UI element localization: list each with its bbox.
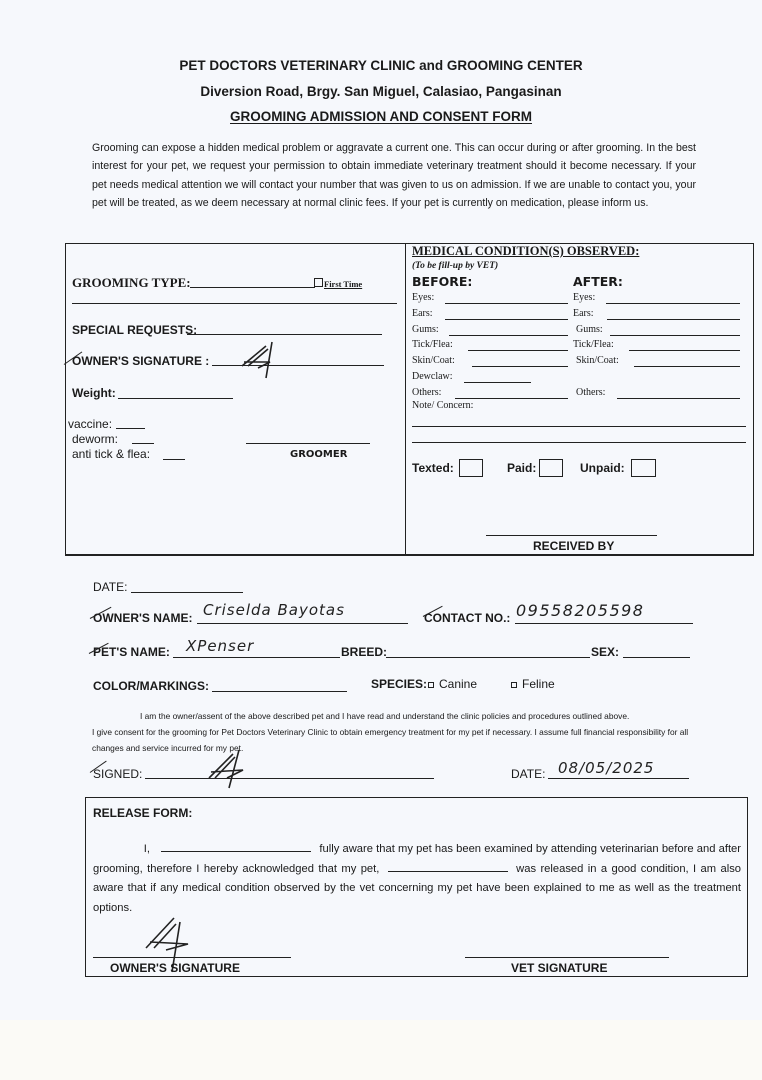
before-field-label: Tick/Flea: (412, 339, 453, 350)
first-time-checkbox[interactable] (314, 278, 323, 287)
texted-label: Texted: (412, 461, 454, 475)
medical-subtitle: (To be fill-up by VET) (412, 261, 498, 271)
sex-field[interactable] (623, 657, 690, 658)
after-field-label: Gums: (576, 324, 603, 335)
received-by-label: RECEIVED BY (533, 539, 614, 553)
pet-name-field[interactable] (173, 657, 340, 658)
vaccine-label: vaccine: (68, 417, 112, 431)
before-field-input[interactable] (468, 350, 568, 351)
unpaid-label: Unpaid: (580, 461, 625, 475)
owner-signature-scribble (240, 340, 285, 385)
release-i: I, (93, 840, 150, 860)
after-field-input[interactable] (629, 350, 740, 351)
before-field-input[interactable] (445, 303, 568, 304)
weight-label: Weight: (72, 386, 116, 400)
note-concern-label: Note/ Concern: (412, 400, 473, 411)
date-label: DATE: (93, 580, 127, 594)
before-field-label: Dewclaw: (412, 371, 453, 382)
unpaid-checkbox[interactable] (631, 459, 656, 477)
texted-checkbox[interactable] (459, 459, 483, 477)
after-field-label: Ears: (573, 308, 594, 319)
owner-name-field[interactable] (197, 623, 408, 624)
consent-date-field[interactable] (548, 778, 689, 779)
clinic-name: PET DOCTORS VETERINARY CLINIC and GROOMI… (0, 58, 762, 73)
breed-field[interactable] (386, 657, 590, 658)
groomer-signature-field[interactable] (246, 443, 370, 444)
before-field-input[interactable] (472, 366, 568, 367)
release-owner-name-field[interactable] (161, 840, 311, 852)
vaccine-field[interactable] (116, 428, 145, 429)
anti-tick-flea-label: anti tick & flea: (72, 447, 150, 461)
after-heading: AFTER: (573, 274, 623, 289)
consent-rest: I give consent for the grooming for Pet … (92, 724, 700, 756)
paper-bottom-edge (0, 1020, 762, 1080)
paid-label: Paid: (507, 461, 536, 475)
grooming-type-extra-line[interactable] (72, 303, 397, 304)
color-markings-field[interactable] (212, 691, 347, 692)
note-line-1[interactable] (412, 426, 746, 427)
received-by-field[interactable] (486, 535, 657, 536)
after-field-label: Others: (576, 387, 605, 398)
deworm-field[interactable] (132, 443, 154, 444)
before-heading: BEFORE: (412, 274, 472, 289)
medical-title: MEDICAL CONDITION(S) OBSERVED: (412, 244, 639, 259)
special-requests-label: SPECIAL REQUESTS: (72, 323, 197, 337)
release-form-title: RELEASE FORM: (93, 806, 192, 820)
note-line-2[interactable] (412, 442, 746, 443)
before-field-input[interactable] (464, 382, 531, 383)
consent-date-value: 08/05/2025 (558, 759, 654, 777)
special-requests-field[interactable] (187, 334, 382, 335)
before-field-label: Skin/Coat: (412, 355, 455, 366)
anti-tick-flea-field[interactable] (163, 459, 185, 460)
consent-signature-scribble (207, 748, 252, 793)
owner-name-value: Criselda Bayotas (203, 601, 345, 619)
after-field-label: Eyes: (573, 292, 595, 303)
before-field-label: Others: (412, 387, 441, 398)
grooming-type-label: GROOMING TYPE: (72, 275, 191, 291)
species-canine-label: Canine (439, 677, 477, 691)
before-field-label: Gums: (412, 324, 439, 335)
signed-field[interactable] (145, 778, 434, 779)
before-field-label: Ears: (412, 308, 433, 319)
after-field-label: Skin/Coat: (576, 355, 619, 366)
after-field-input[interactable] (610, 335, 740, 336)
species-feline-checkbox[interactable] (511, 682, 517, 688)
after-field-input[interactable] (606, 303, 740, 304)
vet-signature-field[interactable] (465, 957, 669, 958)
breed-label: BREED: (341, 645, 387, 659)
signed-label: SIGNED: (93, 767, 142, 781)
groomer-label: GROOMER (290, 449, 347, 460)
owner-name-label: OWNER'S NAME: (93, 611, 193, 625)
after-field-label: Tick/Flea: (573, 339, 614, 350)
clinic-address: Diversion Road, Brgy. San Miguel, Calasi… (0, 84, 762, 99)
first-time-label: First Time (324, 279, 362, 289)
contact-field[interactable] (515, 623, 693, 624)
owner-signature-field[interactable] (212, 365, 384, 366)
release-pet-name-field[interactable] (388, 860, 508, 872)
release-owner-signature-label: OWNER'S SIGNATURE (110, 961, 240, 975)
paid-checkbox[interactable] (539, 459, 563, 477)
species-feline-label: Feline (522, 677, 555, 691)
release-paragraph: I, fully aware that my pet has been exam… (93, 840, 741, 918)
vet-signature-label: VET SIGNATURE (511, 961, 607, 975)
consent-paragraph: I am the owner/assent of the above descr… (92, 708, 700, 756)
pet-name-label: PET'S NAME: (93, 645, 170, 659)
before-field-input[interactable] (455, 398, 568, 399)
contact-value: 09558205598 (516, 601, 644, 620)
after-field-input[interactable] (607, 319, 740, 320)
before-field-input[interactable] (449, 335, 568, 336)
admission-box-divider (405, 243, 406, 556)
consent-date-label: DATE: (511, 767, 545, 781)
after-field-input[interactable] (634, 366, 740, 367)
pet-name-value: XPenser (186, 637, 254, 655)
after-field-input[interactable] (617, 398, 740, 399)
form-title: GROOMING ADMISSION AND CONSENT FORM (0, 109, 762, 124)
species-canine-checkbox[interactable] (428, 682, 434, 688)
owner-signature-label: OWNER'S SIGNATURE : (72, 354, 209, 368)
color-markings-label: COLOR/MARKINGS: (93, 679, 209, 693)
contact-label: CONTACT NO.: (424, 611, 510, 625)
before-field-input[interactable] (445, 319, 568, 320)
consent-line-1: I am the owner/assent of the above descr… (92, 708, 700, 724)
date-field[interactable] (131, 592, 243, 593)
intro-paragraph: Grooming can expose a hidden medical pro… (92, 139, 696, 212)
sex-label: SEX: (591, 645, 619, 659)
grooming-type-field[interactable] (190, 287, 315, 288)
deworm-label: deworm: (72, 432, 118, 446)
species-label: SPECIES: (371, 677, 427, 691)
weight-field[interactable] (118, 398, 233, 399)
before-field-label: Eyes: (412, 292, 434, 303)
